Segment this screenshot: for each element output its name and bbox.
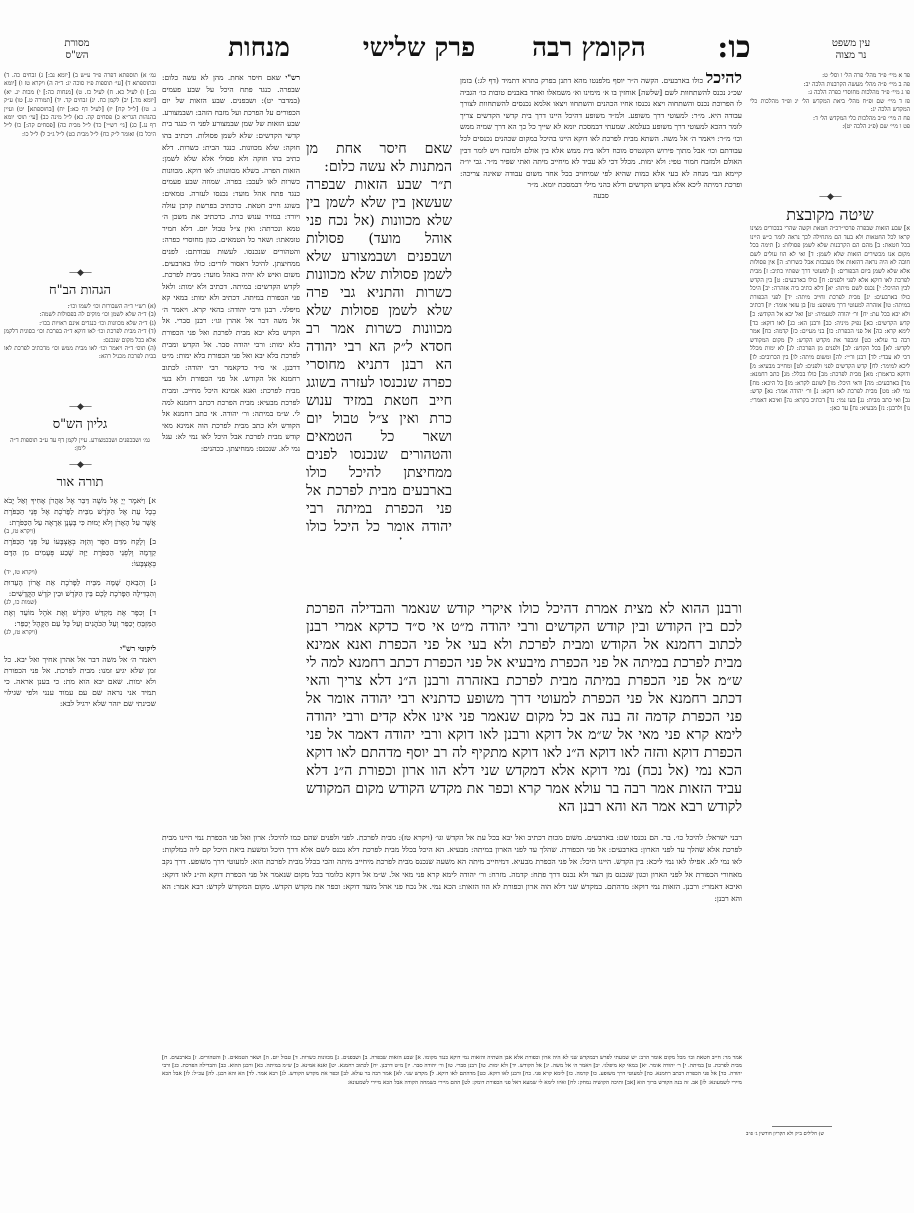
- masoret-header: מסורת הש"ס: [42, 38, 112, 62]
- folio-number: כו:: [699, 28, 769, 68]
- torah-or-verse: ב] וְלָקַח מִדַּם הַפָּר וְהִזָּה בְאֶצְ…: [4, 536, 156, 569]
- tosafot-column: להיכל כולו בארבעים. הקשה ה״ר יוסף מלפנטו…: [460, 72, 742, 622]
- hagahot-entry: (ב) ד״ה שלא לשמן וכו׳ מוקים לה בפסולות ל…: [4, 311, 156, 319]
- verse-citation: (שמות כו, לג): [4, 599, 156, 607]
- hagahot-title: הגהות הב"ח: [4, 282, 156, 300]
- masoret-text: גמ׳ א) תוספתא דפרה פ״ד ע״ש ב) [יומא נב:]…: [4, 72, 156, 268]
- torah-or-text: א] וַיֹּאמֶר יְיָ אֶל מֹשֶׁה דַּבֵּר אֶל…: [4, 495, 156, 1055]
- ein-mishpat-entry: פז ד מיי׳ שם ופ״ח מהל׳ ביאת המקדש הל׳ יג…: [750, 98, 910, 115]
- bottom-note: ש) חלילים ב״ק ולא הקריון חודשין ג׳ פ״ב: [724, 1130, 824, 1138]
- hagahot-section: —◆— הגהות הב"ח (א) רש״י ד״ה השבורות וכו׳…: [4, 268, 156, 403]
- perek-label: פרק שלישי: [344, 28, 494, 68]
- likutei-rashi-title: ליקוטי רש"י: [4, 643, 156, 654]
- torah-or-section: —◆— תורה אור א] וַיֹּאמֶר יְיָ אֶל מֹשֶׁ…: [4, 460, 156, 1055]
- rashi-bottom: רבני ישראל: להיכל כו׳. בר. הם נכנסו שם: …: [162, 832, 742, 1052]
- shita-section: —◆— שיטה מקובצת: [750, 192, 910, 227]
- ein-mishpat-label-1: עין משפט: [816, 38, 886, 50]
- ornament-divider: —◆—: [4, 402, 156, 412]
- ornament-divider: —◆—: [750, 192, 910, 202]
- verse-citation: (ויקרא טז, לג): [4, 629, 156, 637]
- hagahot-entry: (א) רש״י ד״ה השבורות וכו׳ לשמו וכו׳:: [4, 303, 156, 311]
- gemara-paragraph: שאם חיסר אחת מן המתנות לא עשה כלום:: [306, 140, 452, 176]
- hagahot-entry: (ד) ד״ה מבית לפרכת וכו׳ לאו דוקא ד״ה בפר…: [4, 328, 156, 345]
- ein-mishpat-label-2: נר מצוה: [816, 50, 886, 62]
- gemara-main-text: שאם חיסר אחת מן המתנות לא עשה כלום: ת״ר …: [306, 140, 452, 540]
- ein-mishpat-column: פד א מיי׳ פ״ד מהל׳ פרה הל׳ ו וסל׳ ט: פה …: [750, 72, 910, 132]
- ornament-divider: —◆—: [4, 268, 156, 278]
- torah-or-verse: ג] וְהֵבֵאתָ שָׁמָּה מִבֵּית לַפָּרֹכֶת …: [4, 577, 156, 599]
- rashi-text: שאם חיסר אחת. מהן לא עשה כלום: שבפרה. כנ…: [162, 73, 300, 453]
- hagahot-entries: (א) רש״י ד״ה השבורות וכו׳ לשמו וכו׳: (ב)…: [4, 303, 156, 403]
- ornament-divider: —◆—: [4, 460, 156, 470]
- tosafot-sign: סבעה: [460, 191, 742, 203]
- gemara-paragraph: ורבנן ההוא לא מצית אמרת דהיכל כולו איקרי…: [306, 600, 742, 816]
- chapter-name: הקומץ רבה: [509, 28, 669, 68]
- gemara-main-text-wide: [306, 540, 456, 600]
- rashi-title: רש"י: [285, 73, 300, 82]
- gemara-paragraph: ת״ר שבע הזאות שבפרה שעשאן בין שלא לשמן ב…: [306, 176, 452, 540]
- ein-mishpat-entry: פה ב מיי׳ פ״ה מהל׳ מעשה הקרבנות הלכה יב:: [750, 81, 910, 90]
- tractate-name: מנחות: [194, 28, 324, 68]
- torah-or-title: תורה אור: [4, 474, 156, 492]
- ein-mishpat-entry: פח ה מיי׳ פ״ב מהלכות כלי המקדש הל׳ ד:: [750, 115, 910, 124]
- ein-mishpat-header: עין משפט נר מצוה: [816, 38, 886, 62]
- masoret-label-2: הש"ס: [42, 50, 112, 62]
- masoret-label-1: מסורת: [42, 38, 112, 50]
- shita-title: שיטה מקובצת: [750, 206, 910, 224]
- verse-citation: (ויקרא טז, יד): [4, 569, 156, 577]
- verse-citation: (ויקרא טז, ב): [4, 528, 156, 536]
- gilyon-text: גמ׳ ושבכפנים ושבכמצורע. עיין לקמן דף עד …: [4, 437, 156, 454]
- hagahot-footnotes: אמר מר: חייב חטאת וכו׳ מכל מקום אומר הרב…: [162, 1054, 742, 1130]
- rashi-column: רש"י שאם חיסר אחת. מהן לא עשה כלום: שבפר…: [162, 72, 300, 827]
- ein-mishpat-entry: פו ג מיי׳ פ״ד מהלכות מחוסרי כפרה הלכה ג:: [750, 89, 910, 98]
- ein-mishpat-entry: פד א מיי׳ פ״ד מהל׳ פרה הל׳ ו וסל׳ ט:: [750, 72, 910, 81]
- ein-mishpat-entry: פט ו מיי׳ שם (פ״ג הלכה יט):: [750, 123, 910, 132]
- gilyon-section: —◆— גליון הש"ס גמ׳ ושבכפנים ושבכמצורע. ע…: [4, 402, 156, 454]
- torah-or-verse: ד] וְכִפֶּר אֶת מִקְדַּשׁ הַקֹּדֶשׁ וְאֶ…: [4, 607, 156, 629]
- tosafot-lead-word: להיכל: [706, 72, 742, 87]
- hagahot-entry: (ג) ד״ה שלא מכוונות וכו׳ כנגדים אינם ראו…: [4, 320, 156, 328]
- footnote-rule: [772, 1126, 832, 1127]
- shita-text: א] שבע הזאות שבפרה פרסי״רכ״ה חטאת וקשה ש…: [750, 225, 910, 1040]
- torah-or-verse: א] וַיֹּאמֶר יְיָ אֶל מֹשֶׁה דַּבֵּר אֶל…: [4, 495, 156, 528]
- hagahot-entry: (ה) תוס׳ ד״ה ויאמר וכו׳ לאו מבית ממש וכו…: [4, 345, 156, 362]
- gemara-continuation: ורבנן ההוא לא מצית אמרת דהיכל כולו איקרי…: [306, 600, 742, 828]
- likutei-rashi-text: ויאמר ה׳ אל משה דבר אל אהרן אחיך ואל יבא…: [4, 654, 156, 709]
- tosafot-text: כולו בארבעים. הקשה ה״ר יוסף מלפנטו מהא ד…: [460, 76, 742, 189]
- gilyon-title: גליון הש"ס: [4, 416, 156, 434]
